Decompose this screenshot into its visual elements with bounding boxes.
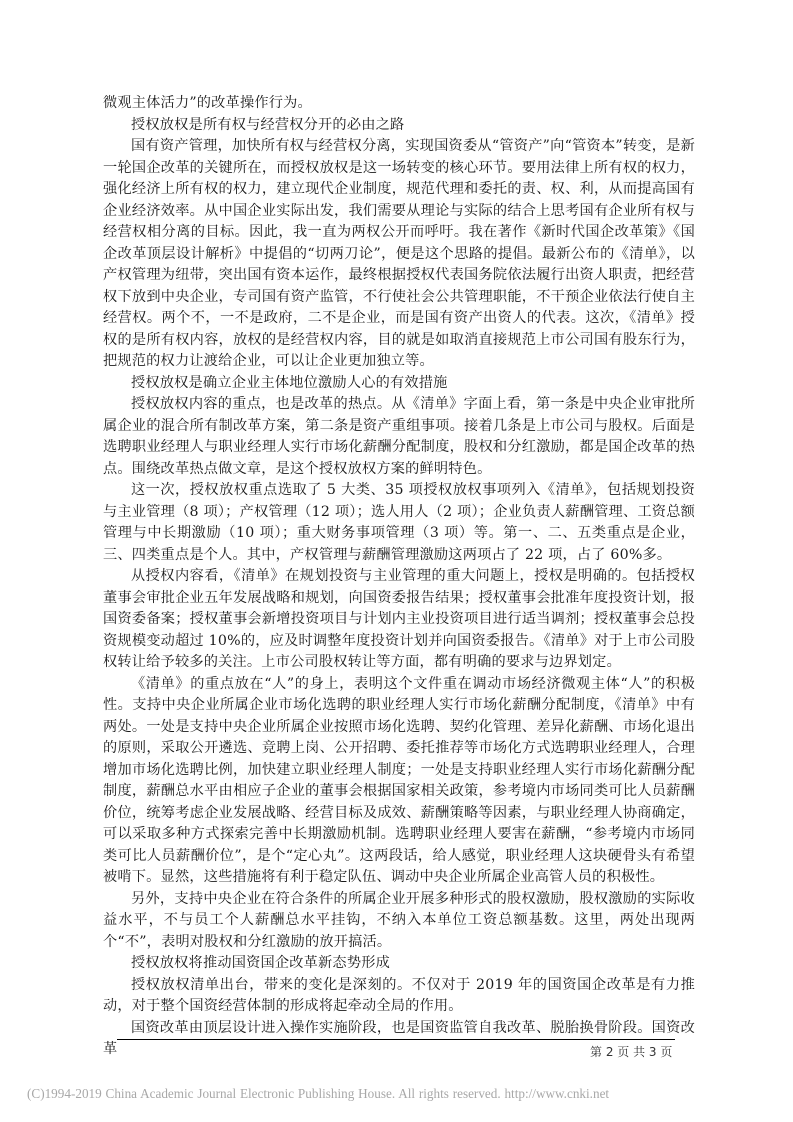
section-heading-ownership-separation: 授权放权是所有权与经营权分开的必由之路 — [103, 115, 695, 137]
document-body: 微观主体活力”的改革操作行为。 授权放权是所有权与经营权分开的必由之路 国有资产… — [103, 93, 695, 1061]
footer-divider — [117, 1039, 675, 1040]
paragraph: 《清单》的重点放在“人”的身上，表明这个文件重在调动市场经济微观主体“人”的积极… — [103, 674, 695, 889]
paragraph: 授权放权内容的重点，也是改革的热点。从《清单》字面上看，第一条是中央企业审批所属… — [103, 394, 695, 480]
paragraph: 这一次，授权放权重点选取了 5 大类、35 项授权放权事项列入《清单》，包括规划… — [103, 480, 695, 566]
section-heading-new-situation: 授权放权将推动国资国企改革新态势形成 — [103, 953, 695, 975]
paragraph: 另外，支持中央企业在符合条件的所属企业开展多种形式的股权激励，股权激励的实际收益… — [103, 889, 695, 954]
copyright-notice: (C)1994-2019 China Academic Journal Elec… — [27, 1086, 609, 1102]
page-number: 第 2 页 共 3 页 — [590, 1043, 672, 1060]
paragraph: 从授权内容看，《清单》在规划投资与主业管理的重大问题上，授权是明确的。包括授权董… — [103, 566, 695, 674]
paragraph: 国有资产管理，加快所有权与经营权分离，实现国资委从“管资产”向“管资本”转变，是… — [103, 136, 695, 373]
paragraph-continuation: 微观主体活力”的改革操作行为。 — [103, 93, 695, 115]
paragraph: 授权放权清单出台，带来的变化是深刻的。不仅对于 2019 年的国资国企改革是有力… — [103, 975, 695, 1018]
section-heading-incentive-measures: 授权放权是确立企业主体地位激励人心的有效措施 — [103, 373, 695, 395]
